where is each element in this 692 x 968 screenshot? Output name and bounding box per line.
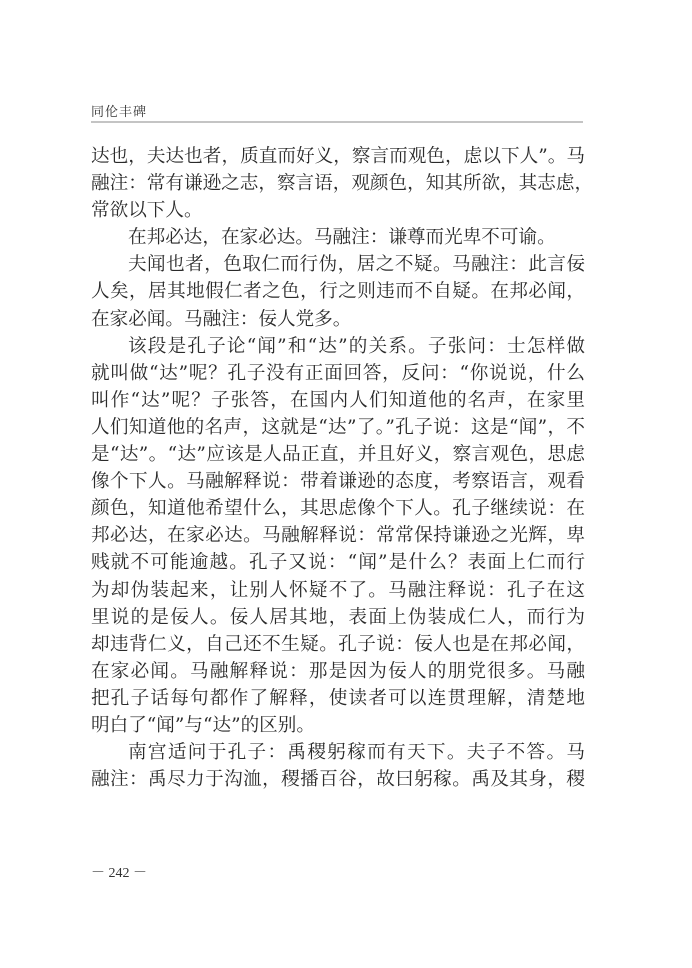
page-number: － 242 － — [91, 862, 147, 882]
paragraph-start-line: 夫闻也者，色取仁而行伪，居之不疑。马融注：此言佞 — [91, 251, 585, 278]
text-line: 为却伪装起来，让别人怀疑不了。马融注释说：孔子在这 — [91, 577, 585, 604]
text-line: 明白了“闻”与“达”的区别。 — [91, 712, 585, 739]
text-line: 融注：禹尽力于沟洫，稷播百谷，故曰躬稼。禹及其身，稷 — [91, 766, 585, 793]
paragraph-start-line: 南宫适问于孔子：禹稷躬稼而有天下。夫子不答。马 — [91, 739, 585, 766]
text-line: 像个下人。马融解释说：带着谦逊的态度，考察语言，观看 — [91, 468, 585, 495]
text-line: 在家必闻。马融注：佞人党多。 — [91, 306, 585, 333]
text-line: 常欲以下人。 — [91, 197, 585, 224]
text-line: 把孔子话每句都作了解释，使读者可以连贯理解，清楚地 — [91, 685, 585, 712]
text-line: 就叫做“达”呢？孔子没有正面回答，反问：“你说说，什么 — [91, 360, 585, 387]
running-head-title: 同伦丰碑 — [91, 101, 147, 120]
paragraph-start-line: 在邦必达，在家必达。马融注：谦尊而光卑不可谕。 — [91, 224, 585, 251]
text-line: 在家必闻。马融解释说：那是因为佞人的朋党很多。马融 — [91, 658, 585, 685]
text-line: 颜色，知道他希望什么，其思虑像个下人。孔子继续说：在 — [91, 495, 585, 522]
text-line: 叫作“达”呢？子张答，在国内人们知道他的名声，在家里 — [91, 387, 585, 414]
text-line: 却违背仁义，自己还不生疑。孔子说：佞人也是在邦必闻， — [91, 631, 585, 658]
text-line: 达也，夫达也者，质直而好义，察言而观色，虑以下人”。马 — [91, 143, 585, 170]
text-line: 邦必达，在家必达。马融解释说：常常保持谦逊之光辉，卑 — [91, 522, 585, 549]
text-line: 人矣，居其地假仁者之色，行之则违而不自疑。在邦必闻， — [91, 278, 585, 305]
body-text: 达也，夫达也者，质直而好义，察言而观色，虑以下人”。马 融注：常有谦逊之志，察言… — [91, 143, 585, 793]
text-line: 贱就不可能逾越。孔子又说：“闻”是什么？表面上仁而行 — [91, 549, 585, 576]
text-line: 人们知道他的名声，这就是“达”了。”孔子说：这是“闻”，不 — [91, 414, 585, 441]
header-rule-divider — [91, 121, 583, 123]
text-line: 是“达”。“达”应该是人品正直，并且好义，察言观色，思虑 — [91, 441, 585, 468]
paragraph-start-line: 该段是孔子论“闻”和“达”的关系。子张问：士怎样做 — [91, 333, 585, 360]
text-line: 融注：常有谦逊之志，察言语，观颜色，知其所欲，其志虑， — [91, 170, 585, 197]
text-line: 里说的是佞人。佞人居其地，表面上伪装成仁人，而行为 — [91, 604, 585, 631]
